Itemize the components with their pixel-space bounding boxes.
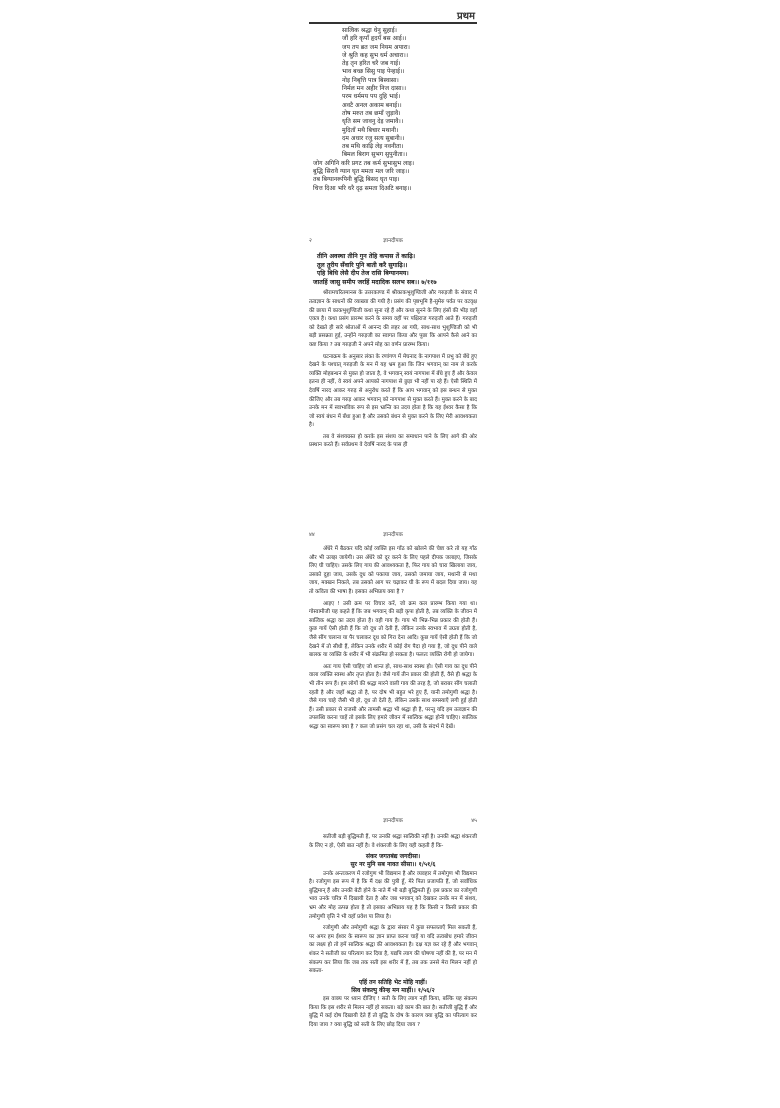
verse-line: मुदिताँ मथै बिचार मथानी। (309, 127, 477, 135)
verse-line: तूल तुरीय सँवारि पुनि बाती करै सुगाढ़ि।। (309, 262, 477, 271)
paragraph: इस वाक्य पर ध्यान दीजिए ! सती के लिए त्य… (309, 995, 477, 1029)
verse-line: एहिं तन सतिहि भेट मोहि नाहीं। (309, 979, 477, 987)
verse-line: तीनि अवस्था तीनि गुन तेहि कपास तें काढ़ि… (309, 253, 477, 262)
verse-line: बिमल बिराग सुभग सुपुनीता।। (309, 151, 477, 159)
paragraph: अँधेरे में बैठकर यदि कोई व्यक्ति इस गाँठ… (309, 545, 477, 597)
header-rule (309, 22, 477, 24)
section-gyandeepak-intro: तीनि अवस्था तीनि गुन तेहि कपास तें काढ़ि… (309, 253, 477, 453)
paragraph: उनके अन्तःकरण में रजोगुण भी विद्यमान है … (309, 870, 477, 922)
verse-line: सिव संकल्पु कीन्ह मन माहीं।। १/५६/२ (309, 987, 477, 995)
running-header: २ ज्ञानदीपक (309, 236, 477, 246)
verse-block-sattvik: सात्विक श्रद्धा धेनु सुहाई। जौं हरि कृपा… (309, 27, 477, 193)
verse-line: जे श्रुति कह सुभ धर्म अचारा।। (309, 52, 477, 60)
verse-line: एहि बिधि लेसै दीप तेज रासि बिग्यानमय। (309, 270, 477, 279)
verse-line: जप तप ब्रत जम नियम अपारा। (309, 44, 477, 52)
running-title: ज्ञानदीपक (309, 530, 477, 538)
verse-line: जौं हरि कृपाँ हृदयँ बस आई।। (309, 35, 477, 43)
verse-line: जातहिं जासु समीप जरहिं मदादिक सलभ सब।। ७… (309, 279, 477, 288)
verse-line: सुर नर मुनि सब नावत सीसा।। १/५१/६ (309, 861, 477, 869)
verse-line: धृति सम जावनु देइ जमावै।। (309, 118, 477, 126)
verse-line: तब बिग्यानरूपिनी बुद्धि बिसद घृत पाइ। (309, 176, 477, 184)
running-title: ज्ञानदीपक (309, 236, 477, 244)
running-header: ४४ ज्ञानदीपक (309, 530, 477, 540)
paragraph: आइए ! उसी क्रम पर विचार करें, जो क्रम कल… (309, 600, 477, 660)
verse-line: भाव बच्छ सिसु पाइ पेन्हाई।। (309, 68, 477, 76)
verse-line: परम धर्ममय पय दुहि भाई। (309, 93, 477, 101)
chapter-header: प्रथम (457, 8, 475, 22)
running-header: ज्ञानदीपक ४५ (309, 816, 477, 826)
verse-line: दम अधार रजु सत्य सुबानी।। (309, 135, 477, 143)
verse-line: जोग अगिनि करि प्रगट तब कर्म सुभासुभ लाइ। (309, 160, 477, 168)
paragraph: घटनाक्रम के अनुसार लंका के रणांगण में मे… (309, 353, 477, 430)
running-title: ज्ञानदीपक (309, 816, 477, 824)
section-page-44: अँधेरे में बैठकर यदि कोई व्यक्ति इस गाँठ… (309, 545, 477, 734)
paragraph: सतीजी बड़ी बुद्धिमती हैं, पर उनकी श्रद्ध… (309, 833, 477, 850)
verse-line: चित्त दिआ भरि धरै दृढ़ समता दिअटि बनाइ।। (309, 185, 477, 193)
verse-line: अवटै अनल अकाम बनाई।। (309, 102, 477, 110)
paragraph: रजोगुणी और तमोगुणी श्रद्धा के द्वारा संस… (309, 924, 477, 976)
paragraph: तब वे संशयग्रस्त हो करके इस संशय का समाध… (309, 433, 477, 450)
page-number: ४५ (471, 816, 477, 824)
section-page-45: सतीजी बड़ी बुद्धिमती हैं, पर उनकी श्रद्ध… (309, 833, 477, 1033)
verse-line: नोइ निबृत्ति पात्र बिस्वासा। (309, 77, 477, 85)
paragraph: अतः गाय ऐसी चाहिए जो शान्त हो, साथ-साथ स… (309, 663, 477, 732)
paragraph: श्रीरामचरितमानस के उत्तरकाण्ड में श्रीका… (309, 289, 477, 349)
